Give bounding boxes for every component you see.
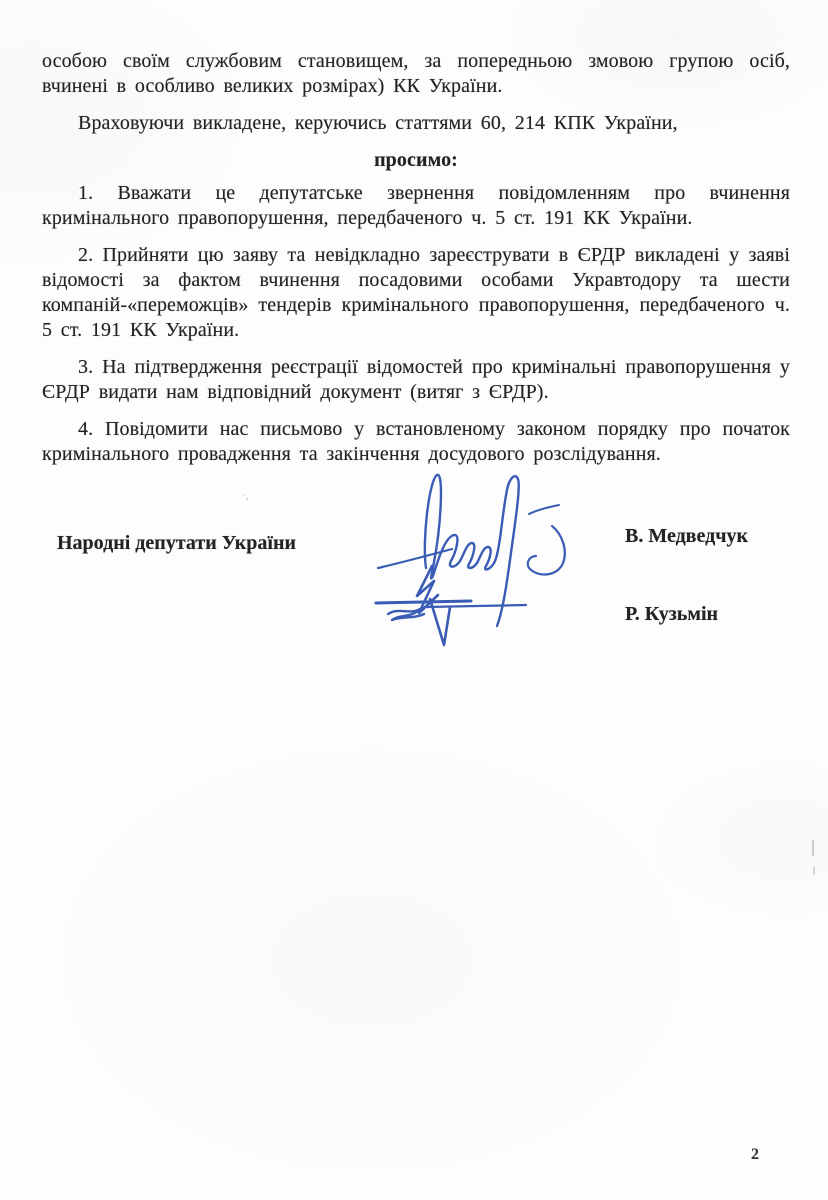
scan-artifact: ·‚ xyxy=(241,490,250,503)
scan-artifact xyxy=(812,840,814,856)
signature-strokes xyxy=(376,475,565,645)
page-number: 2 xyxy=(751,1146,759,1164)
request-item-4: 4. Повідомити нас письмово у встановлено… xyxy=(42,417,790,467)
signatory-name-2: Р. Кузьмін xyxy=(625,602,718,627)
body-continuation: особою своїм службовим становищем, за по… xyxy=(42,49,790,99)
request-item-3: 3. На підтвердження реєстрації відомосте… xyxy=(42,355,790,405)
preamble: Враховуючи викладене, керуючись статтями… xyxy=(42,111,790,136)
scan-artifact xyxy=(813,866,815,875)
request-heading: просимо: xyxy=(42,148,790,173)
handwritten-signature-ink xyxy=(368,464,598,659)
request-item-1: 1. Вважати це депутатське звернення пові… xyxy=(42,181,790,231)
signatory-name-1: В. Медведчук xyxy=(625,524,748,549)
document-body: особою своїм службовим становищем, за по… xyxy=(42,49,790,479)
signatories-label: Народні депутати України xyxy=(57,531,296,556)
document-page: особою своїм службовим становищем, за по… xyxy=(0,0,828,1200)
request-item-2: 2. Прийняти цю заяву та невідкладно заре… xyxy=(42,243,790,343)
